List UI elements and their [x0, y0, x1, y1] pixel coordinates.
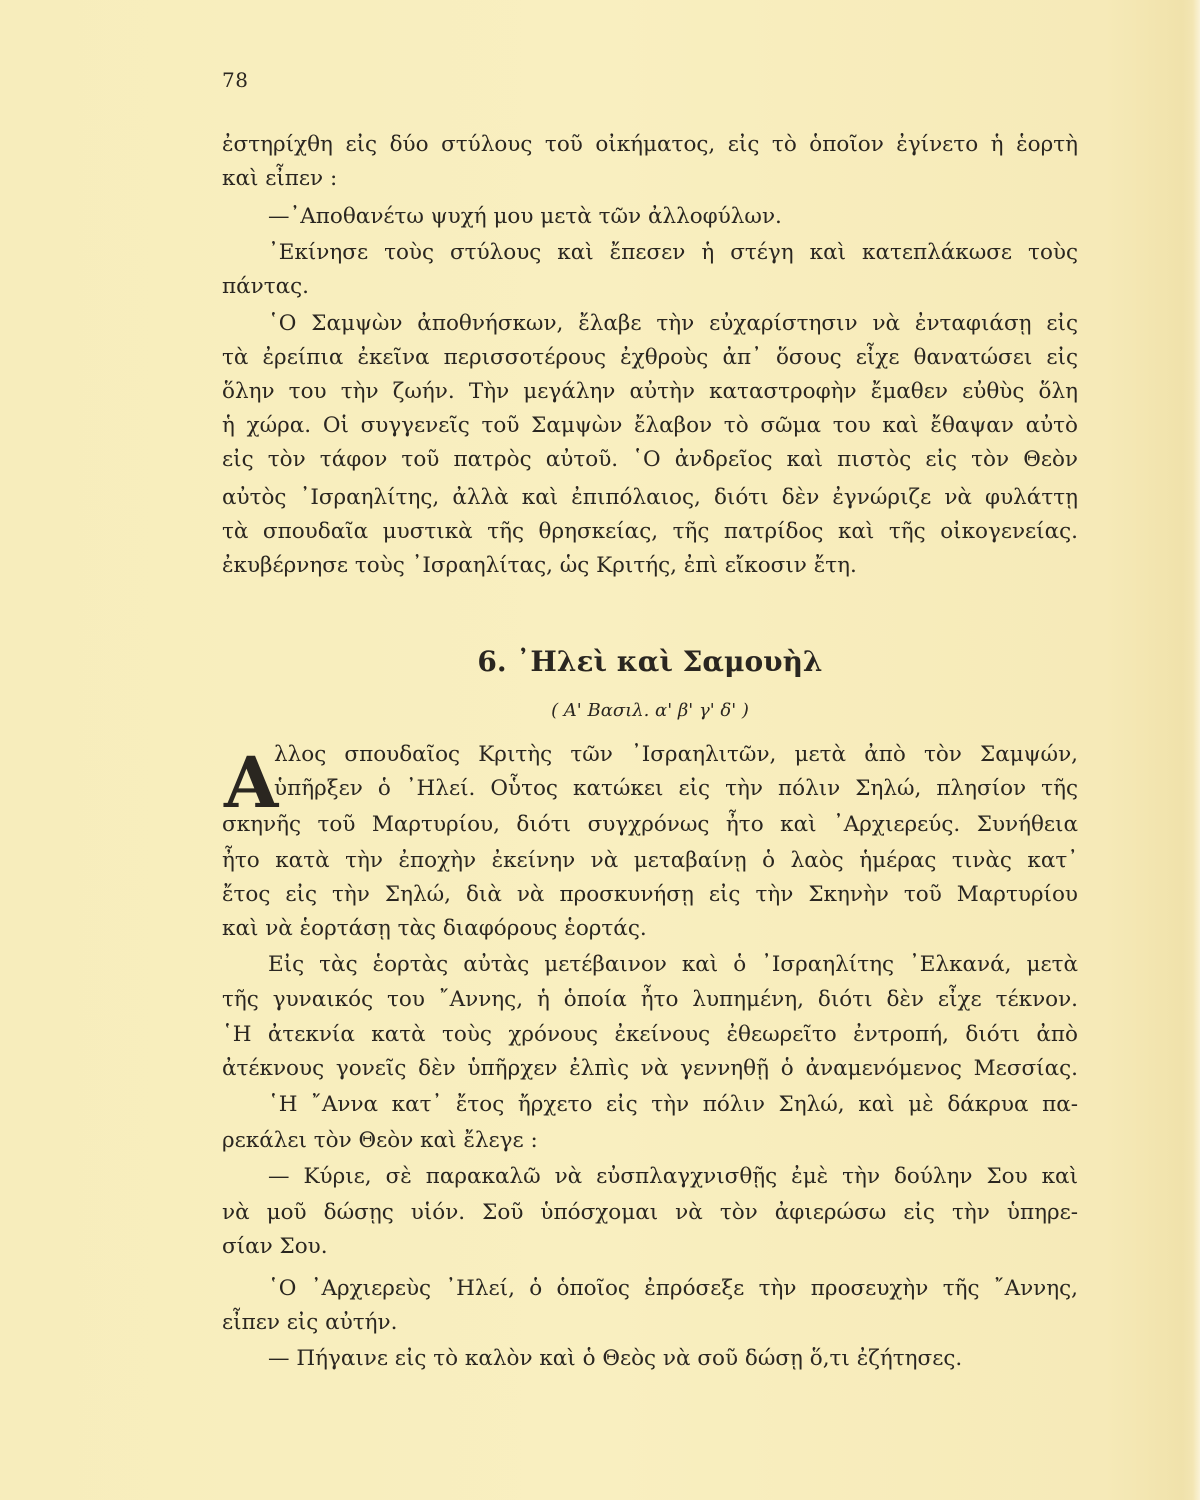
text-line: ῾Η ἀτεκνία κατὰ τοὺς χρόνους ἐκείνους ἐθ…: [222, 1018, 1078, 1052]
text-line: πάντας.: [222, 270, 1078, 304]
text-line: ῾Ο Σαμψὼν ἀποθνήσκων, ἔλαβε τὴν εὐχαρίστ…: [222, 307, 1078, 341]
text-line: σίαν Σου.: [222, 1230, 1078, 1264]
text-line: ἔτος εἰς τὴν Σηλώ, διὰ νὰ προσκυνήσῃ εἰς…: [222, 878, 1078, 912]
section-title: 6. ᾽Ηλεὶ καὶ Σαμουὴλ: [222, 645, 1078, 678]
text-line: ἦτο κατὰ τὴν ἐποχὴν ἐκείνην νὰ μεταβαίνῃ…: [222, 844, 1078, 878]
text-line: εἰς τὸν τάφον τοῦ πατρὸς αὐτοῦ. ῾Ο ἀνδρε…: [222, 443, 1078, 477]
text-line: εἶπεν εἰς αὐτήν.: [222, 1306, 1078, 1340]
section-reference: ( Α' Βασιλ. α' β' γ' δ' ): [222, 700, 1078, 721]
text-line: ᾽Εκίνησε τοὺς στύλους καὶ ἔπεσεν ἡ στέγη…: [222, 236, 1078, 270]
text-line: ἐκυβέρνησε τοὺς ᾽Ισραηλίτας, ὡς Κριτής, …: [222, 549, 1078, 583]
text-line: —᾽Αποθανέτω ψυχή μου μετὰ τῶν ἀλλοφύλων.: [222, 200, 1078, 234]
text-line: ἡ χώρα. Οἱ συγγενεῖς τοῦ Σαμψὼν ἔλαβον τ…: [222, 409, 1078, 443]
text-line: καὶ εἶπεν :: [222, 162, 1078, 196]
text-line: ῾Η ῎Αννα κατ᾽ ἔτος ἤρχετο εἰς τὴν πόλιν …: [222, 1088, 1078, 1122]
text-line: νὰ μοῦ δώσῃς υἱόν. Σοῦ ὑπόσχομαι νὰ τὸν …: [222, 1196, 1078, 1230]
text-line: τὰ σπουδαῖα μυστικὰ τῆς θρησκείας, τῆς π…: [222, 515, 1078, 549]
text-line: ὑπῆρξεν ὁ ᾽Ηλεί. Οὗτος κατώκει εἰς τὴν π…: [274, 772, 1078, 806]
text-line: ἐστηρίχθη εἰς δύο στύλους τοῦ οἰκήματος,…: [222, 128, 1078, 162]
book-page: 78 ἐστηρίχθη εἰς δύο στύλους τοῦ οἰκήματ…: [0, 0, 1200, 1500]
text-line: τῆς γυναικός του ῎Αννης, ἡ ὁποία ἦτο λυπ…: [222, 983, 1078, 1017]
text-line: αὐτὸς ᾽Ισραηλίτης, ἀλλὰ καὶ ἐπιπόλαιος, …: [222, 481, 1078, 515]
text-line: — Πήγαινε εἰς τὸ καλὸν καὶ ὁ Θεὸς νὰ σοῦ…: [222, 1342, 1078, 1376]
page-number: 78: [222, 68, 248, 92]
text-line: τὰ ἐρείπια ἐκεῖνα περισσοτέρους ἐχθροὺς …: [222, 341, 1078, 375]
text-line: σκηνῆς τοῦ Μαρτυρίου, διότι συγχρόνως ἦτ…: [222, 808, 1078, 842]
text-line: ρεκάλει τὸν Θεὸν καὶ ἔλεγε :: [222, 1124, 1078, 1158]
text-line: ῾Ο ᾽Αρχιερεὺς ᾽Ηλεί, ὁ ὁποῖος ἐπρόσεξε τ…: [222, 1272, 1078, 1306]
text-line: — Κύριε, σὲ παρακαλῶ νὰ εὐσπλαγχνισθῇς ἐ…: [222, 1160, 1078, 1194]
text-line: ἀτέκνους γονεῖς δὲν ὑπῆρχεν ἐλπὶς νὰ γεν…: [222, 1052, 1078, 1086]
text-line: λλος σπουδαῖος Κριτὴς τῶν ᾽Ισραηλιτῶν, μ…: [274, 738, 1078, 772]
text-line: ὅλην του τὴν ζωήν. Τὴν μεγάλην αὐτὴν κατ…: [222, 375, 1078, 409]
text-line: καὶ νὰ ἑορτάσῃ τὰς διαφόρους ἑορτάς.: [222, 912, 1078, 946]
page-edge: [1182, 0, 1200, 1500]
text-line: Εἰς τὰς ἑορτὰς αὐτὰς μετέβαινον καὶ ὁ ᾽Ι…: [222, 948, 1078, 982]
